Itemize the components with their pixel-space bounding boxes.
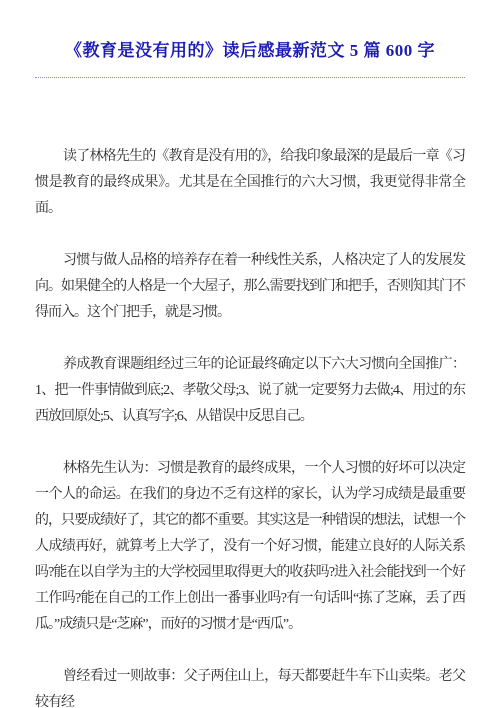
paragraph: 曾经看过一则故事：父子两住山上，每天都要赶牛车下山卖柴。老父较有经 (35, 664, 465, 708)
paragraph: 林格先生认为：习惯是教育的最终成果，一个人习惯的好坏可以决定一个人的命运。在我们… (35, 456, 465, 638)
page-title: 《教育是没有用的》读后感最新范文 5 篇 600 字 (35, 40, 465, 62)
paragraph: 读了林格先生的《教育是没有用的》，给我印象最深的是最后一章《习惯是教育的最终成果… (35, 144, 465, 222)
paragraph: 习惯与做人品格的培养存在着一种线性关系，人格决定了人的发展发向。如果健全的人格是… (35, 248, 465, 326)
title-divider (35, 77, 465, 78)
paragraph: 养成教育课题组经过三年的论证最终确定以下六大习惯向全国推广：1、把一件事情做到底… (35, 352, 465, 430)
document-page: 《教育是没有用的》读后感最新范文 5 篇 600 字 读了林格先生的《教育是没有… (0, 0, 500, 708)
document-body: 读了林格先生的《教育是没有用的》，给我印象最深的是最后一章《习惯是教育的最终成果… (35, 144, 465, 708)
